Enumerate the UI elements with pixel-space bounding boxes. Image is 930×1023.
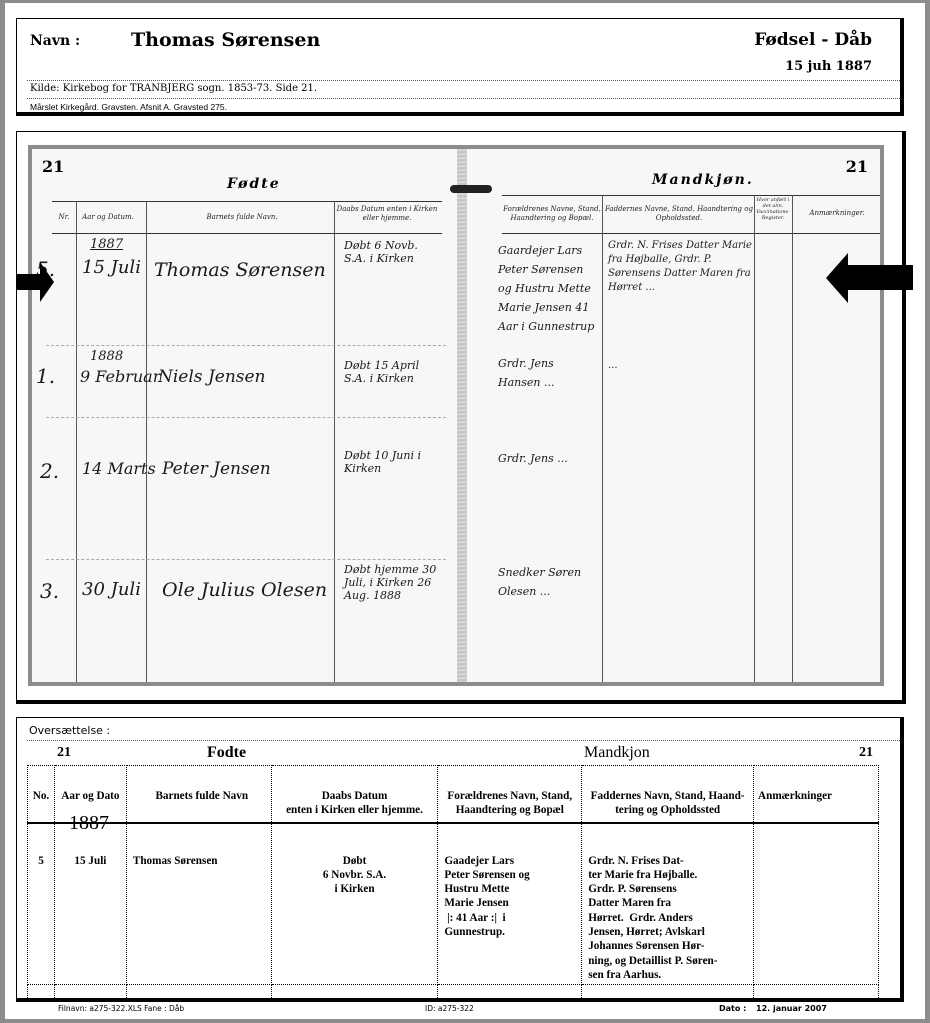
col-header-parents: Forældrenes Navn, Stand, Haandtering og … (438, 766, 582, 823)
rule (52, 201, 442, 202)
scan-title-right: Mandkjøn. (652, 172, 754, 188)
cell-baptism-line: 6 Novbr. S.A. (272, 868, 438, 882)
cell-parents-line: |: 41 Aar :| i (444, 911, 581, 925)
rule (502, 195, 882, 196)
scan-page-number-left: 21 (42, 157, 64, 176)
scan-row-1-date: 15 Juli (82, 257, 141, 279)
row-separator (46, 417, 446, 418)
cell-baptism: Døbt 6 Novbr. S.A. i Kirken (271, 823, 438, 985)
church-book-scan-panel: 21 21 Fødte Mandkjøn. Nr. Aar og Datum. … (16, 131, 906, 704)
cell-empty (754, 985, 879, 1000)
window-frame-left (0, 0, 5, 1023)
divider (27, 740, 900, 741)
footer-filename: Filnavn: a275-322.XLS Fane : Dåb (58, 1004, 184, 1013)
record-header: Navn : Thomas Sørensen Fødsel - Dåb 15 j… (16, 18, 904, 116)
col-header-godparents-line2: tering og Opholdssted (582, 803, 753, 817)
col-header-notes: Anmærkninger (754, 766, 879, 823)
col-header-parents-line1: Forældrenes Navn, Stand, (438, 789, 581, 803)
rule (76, 201, 77, 686)
col-header-no: No. (28, 766, 55, 823)
cell-parents-line: Hustru Mette (444, 882, 581, 896)
col-header-godparents-line1: Faddernes Navn, Stand, Haand- (582, 789, 753, 803)
scan-title-left: Fødte (227, 176, 281, 192)
scan-row-4-name: Ole Julius Olesen (162, 579, 327, 602)
cell-empty (582, 985, 754, 1000)
cell-empty (126, 985, 271, 1000)
scan-col-godparents: Faddernes Navne, Stand, Haandtering og O… (604, 205, 754, 223)
cell-name: Thomas Sørensen (126, 823, 271, 985)
cell-godparents-line: ter Marie fra Højballe. (588, 868, 753, 882)
scan-row-3-baptism: Døbt 10 Juni i Kirken (344, 449, 434, 475)
cell-parents: Gaadejer Lars Peter Sørensen og Hustru M… (438, 823, 582, 985)
cell-empty (438, 985, 582, 1000)
scan-row-3-date: 14 Marts (82, 459, 156, 478)
window-frame-bottom (0, 1019, 930, 1023)
scan-row-1-name: Thomas Sørensen (154, 259, 326, 282)
scan-col-date: Aar og Datum. (78, 213, 138, 222)
cell-godparents-line: Johannes Sørensen Hør- (588, 939, 753, 953)
translation-page-left: 21 (57, 745, 71, 761)
translation-label: Oversættelse : (29, 724, 110, 737)
cell-date-value: 15 Juli (74, 855, 106, 867)
cell-godparents-line: Grdr. N. Frises Dat- (588, 854, 753, 868)
scan-row-1-year: 1887 (90, 237, 123, 253)
col-header-baptism-line2: enten i Kirken eller hjemme. (272, 803, 438, 817)
divider (27, 80, 900, 81)
scan-row-4-parents: Snedker Søren Olesen ... (498, 563, 598, 601)
scan-row-2-no: 1. (36, 364, 55, 388)
cell-baptism-line: i Kirken (272, 882, 438, 896)
window-frame-right (925, 0, 930, 1023)
scan-row-4-baptism: Døbt hjemme 30 Juli, i Kirken 26 Aug. 18… (344, 563, 444, 603)
col-header-name: Barnets fulde Navn (126, 766, 271, 823)
book-spine (457, 149, 467, 682)
row-separator (46, 559, 446, 560)
col-header-godparents: Faddernes Navn, Stand, Haand- tering og … (582, 766, 754, 823)
scan-col-notes: Anmærkninger. (792, 209, 882, 218)
cell-godparents-line: Grdr. P. Sørensens (588, 882, 753, 896)
row-pointer-arrow-left-icon (826, 253, 913, 303)
translation-table: No. Aar og Dato Barnets fulde Navn Daabs… (27, 765, 879, 1000)
col-header-baptism-line1: Daabs Datum (272, 789, 438, 803)
record-type: Fødsel - Dåb (754, 30, 872, 50)
scan-col-baptism: Daabs Datum enten i Kirken eller hjemme. (332, 205, 442, 223)
row-pointer-arrow-right-icon (16, 262, 54, 302)
cell-parents-line: Peter Sørensen og (444, 868, 581, 882)
scan-row-3-no: 2. (40, 459, 59, 483)
scan-row-2-year: 1888 (90, 349, 123, 365)
scan-row-2-date: 9 Februar (80, 367, 160, 386)
rule (602, 195, 603, 686)
scan-row-4-date: 30 Juli (82, 579, 141, 601)
scan-row-4-no: 3. (40, 579, 59, 603)
col-header-baptism: Daabs Datum enten i Kirken eller hjemme. (271, 766, 438, 823)
church-book-scan-image: 21 21 Fødte Mandkjøn. Nr. Aar og Datum. … (28, 145, 884, 686)
person-name: Thomas Sørensen (131, 29, 320, 51)
cell-godparents-line: Hørret. Grdr. Anders (588, 911, 753, 925)
cell-year: 1887 (69, 816, 109, 830)
grave-reference: Mårslet Kirkegård. Gravsten. Afsnit A. G… (30, 102, 227, 112)
scan-godparents-continued: ... (608, 359, 758, 373)
cell-godparents-line: ning, og Detaillist P. Søren- (588, 954, 753, 968)
cell-empty (28, 985, 55, 1000)
rule (792, 195, 793, 686)
scan-row-1-baptism: Døbt 6 Novb. S.A. i Kirken (344, 239, 434, 265)
row-separator (46, 345, 446, 346)
table-header-row: No. Aar og Dato Barnets fulde Navn Daabs… (28, 766, 879, 823)
rule (146, 201, 147, 686)
col-header-parents-line2: Haandtering og Bopæl (438, 803, 581, 817)
binding-clip (450, 185, 492, 193)
rule (334, 201, 335, 686)
scan-row-1-godparents: Grdr. N. Frises Datter Marie fra Højball… (608, 239, 758, 295)
cell-baptism-line: Døbt (272, 854, 438, 868)
scan-col-nr: Nr. (54, 213, 74, 222)
cell-notes (754, 823, 879, 985)
cell-empty (54, 985, 126, 1000)
rule (52, 233, 442, 234)
translation-panel: Oversættelse : 21 Fodte Mandkjon 21 No. … (16, 717, 904, 1002)
source-reference: Kilde: Kirkebog for TRANBJERG sogn. 1853… (30, 83, 317, 94)
scan-row-3-parents: Grdr. Jens ... (498, 449, 598, 468)
translation-title-right: Mandkjon (584, 744, 650, 762)
cell-empty (271, 985, 438, 1000)
cell-godparents-line: Jensen, Hørret; Avlskarl (588, 925, 753, 939)
footer-date: 12. januar 2007 (756, 1004, 827, 1013)
name-label: Navn : (30, 33, 80, 49)
cell-godparents: Grdr. N. Frises Dat- ter Marie fra Højba… (582, 823, 754, 985)
event-date: 15 juh 1887 (785, 59, 872, 74)
cell-parents-line: Gunnestrup. (444, 925, 581, 939)
window-frame-top (0, 0, 930, 3)
cell-godparents-line: Datter Maren fra (588, 896, 753, 910)
scan-col-vaccination: Hvor anført i det alm. Vaccinations-Regi… (754, 197, 792, 221)
scan-page-number-right: 21 (846, 157, 868, 176)
scan-row-2-baptism: Døbt 15 April S.A. i Kirken (344, 359, 444, 385)
cell-no: 5 (28, 823, 55, 985)
cell-parents-line: Gaadejer Lars (444, 854, 581, 868)
scan-row-3-name: Peter Jensen (162, 459, 271, 479)
scan-row-2-name: Niels Jensen (158, 367, 266, 387)
table-row-empty (28, 985, 879, 1000)
scan-col-parents: Forældrenes Navne, Stand, Haandtering og… (502, 205, 602, 223)
cell-parents-line: Marie Jensen (444, 896, 581, 910)
translation-title-left: Fodte (207, 744, 246, 762)
scan-row-2-parents: Grdr. Jens Hansen ... (498, 354, 598, 392)
rule (502, 233, 882, 234)
scan-col-name: Barnets fulde Navn. (152, 213, 332, 222)
cell-godparents-line: sen fra Aarhus. (588, 968, 753, 982)
cell-date: 1887 15 Juli (54, 823, 126, 985)
table-row: 5 1887 15 Juli Thomas Sørensen Døbt 6 No… (28, 823, 879, 985)
translation-page-right: 21 (859, 745, 873, 761)
scan-row-1-parents: Gaardejer Lars Peter Sørensen og Hustru … (498, 241, 598, 336)
divider (27, 98, 900, 99)
footer-date-label: Dato : (719, 1004, 746, 1013)
footer-id: ID: a275-322 (425, 1004, 474, 1013)
